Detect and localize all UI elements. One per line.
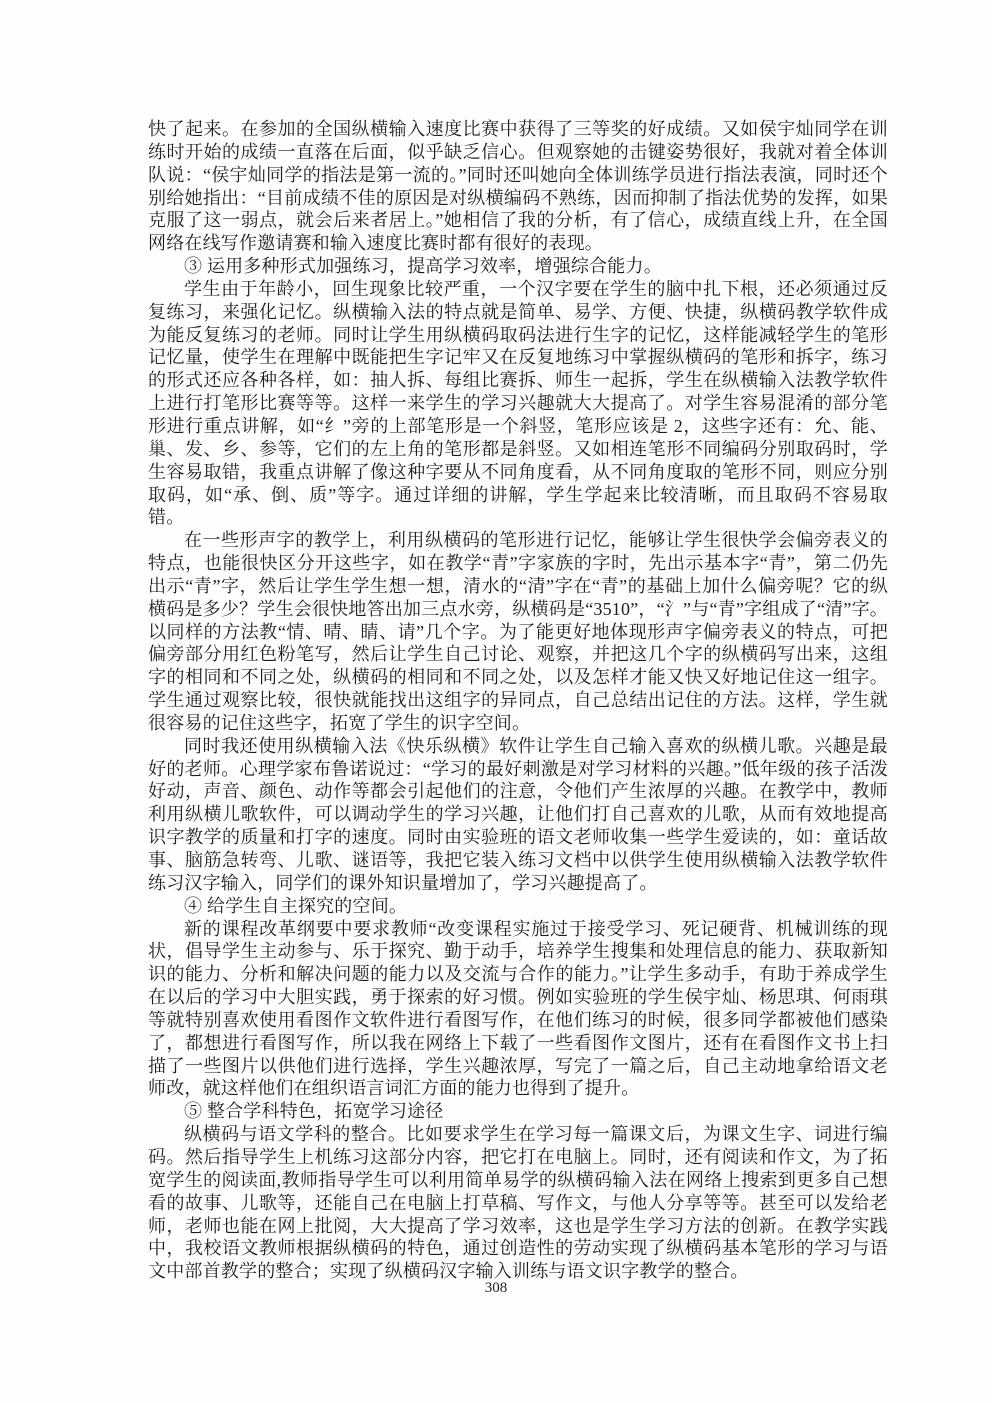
section-heading: ④ 给学生自主探究的空间。 (148, 895, 888, 918)
text-block: 快了起来。在参加的全国纵横输入速度比赛中获得了三等奖的好成绩。又如侯宇灿同学在训… (148, 118, 888, 1283)
paragraph: 快了起来。在参加的全国纵横输入速度比赛中获得了三等奖的好成绩。又如侯宇灿同学在训… (148, 118, 888, 255)
page-number: 308 (0, 1280, 992, 1297)
section-heading: ⑤ 整合学科特色，拓宽学习途径 (148, 1100, 888, 1123)
paragraph: 新的课程改革纲要中要求教师“改变课程实施过于接受学习、死记硬背、机械训练的现状，… (148, 918, 888, 1101)
paragraph: 纵横码与语文学科的整合。比如要求学生在学习每一篇课文后，为课文生字、词进行编码。… (148, 1123, 888, 1283)
paragraph: 在一些形声字的教学上，利用纵横码的笔形进行记忆，能够让学生很快学会偏旁表义的特点… (148, 529, 888, 735)
paragraph: 学生由于年龄小，回生现象比较严重，一个汉字要在学生的脑中扎下根，还必须通过反复练… (148, 278, 888, 529)
paragraph: 同时我还使用纵横输入法《快乐纵横》软件让学生自己输入喜欢的纵横儿歌。兴趣是最好的… (148, 735, 888, 895)
document-page: 快了起来。在参加的全国纵横输入速度比赛中获得了三等奖的好成绩。又如侯宇灿同学在训… (0, 0, 992, 1403)
section-heading: ③ 运用多种形式加强练习，提高学习效率，增强综合能力。 (148, 255, 888, 278)
